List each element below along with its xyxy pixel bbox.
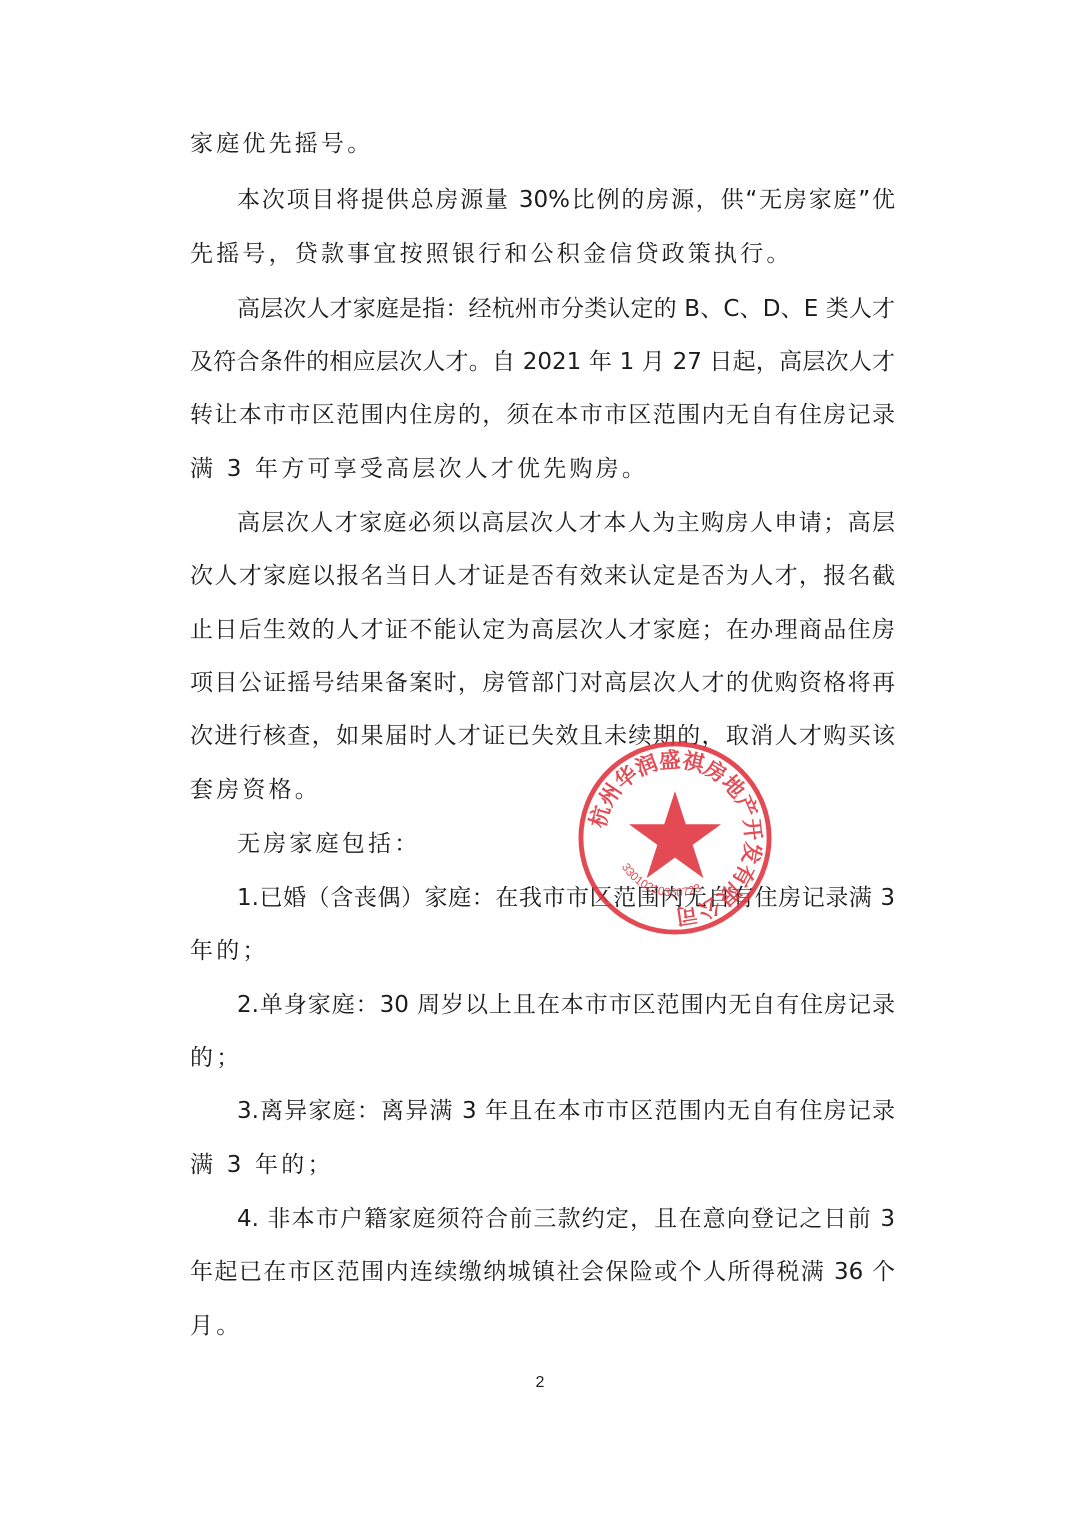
page-number: 2 — [0, 1374, 1080, 1392]
text-line: 高层次人才家庭是指：经杭州市分类认定的 B、C、D、E 类人才 — [237, 295, 895, 323]
text-line: 年的； — [190, 937, 895, 965]
document-page: 家庭优先摇号。本次项目将提供总房源量 30%比例的房源，供“无房家庭”优先摇号，… — [0, 0, 1080, 1528]
text-line: 2.单身家庭：30 周岁以上且在本市市区范围内无自有住房记录 — [237, 991, 895, 1019]
text-line: 家庭优先摇号。 — [190, 130, 895, 158]
text-line: 及符合条件的相应层次人才。自 2021 年 1 月 27 日起，高层次人才 — [190, 348, 895, 376]
text-line: 次进行核查，如果届时人才证已失效且未续期的，取消人才购买该 — [190, 722, 895, 750]
text-line: 套房资格。 — [190, 776, 895, 804]
text-line: 1.已婚（含丧偶）家庭：在我市市区范围内无自有住房记录满 3 — [237, 884, 895, 912]
text-line: 无房家庭包括： — [237, 830, 895, 858]
text-line: 次人才家庭以报名当日人才证是否有效来认定是否为人才，报名截 — [190, 562, 895, 590]
text-line: 的； — [190, 1044, 895, 1072]
text-line: 先摇号，贷款事宜按照银行和公积金信贷政策执行。 — [190, 240, 895, 268]
text-line: 转让本市市区范围内住房的，须在本市市区范围内无自有住房记录 — [190, 401, 895, 429]
text-line: 满 3 年方可享受高层次人才优先购房。 — [190, 455, 895, 483]
text-line: 月。 — [190, 1312, 895, 1340]
text-line: 4. 非本市户籍家庭须符合前三款约定，且在意向登记之日前 3 — [237, 1205, 895, 1233]
text-line: 3.离异家庭：离异满 3 年且在本市市区范围内无自有住房记录 — [237, 1097, 895, 1125]
text-line: 年起已在市区范围内连续缴纳城镇社会保险或个人所得税满 36 个 — [190, 1258, 895, 1286]
text-line: 项目公证摇号结果备案时，房管部门对高层次人才的优购资格将再 — [190, 669, 895, 697]
text-line: 止日后生效的人才证不能认定为高层次人才家庭；在办理商品住房 — [190, 616, 895, 644]
text-line: 高层次人才家庭必须以高层次人才本人为主购房人申请；高层 — [237, 509, 895, 537]
text-line: 满 3 年的； — [190, 1151, 895, 1179]
text-line: 本次项目将提供总房源量 30%比例的房源，供“无房家庭”优 — [237, 186, 895, 214]
